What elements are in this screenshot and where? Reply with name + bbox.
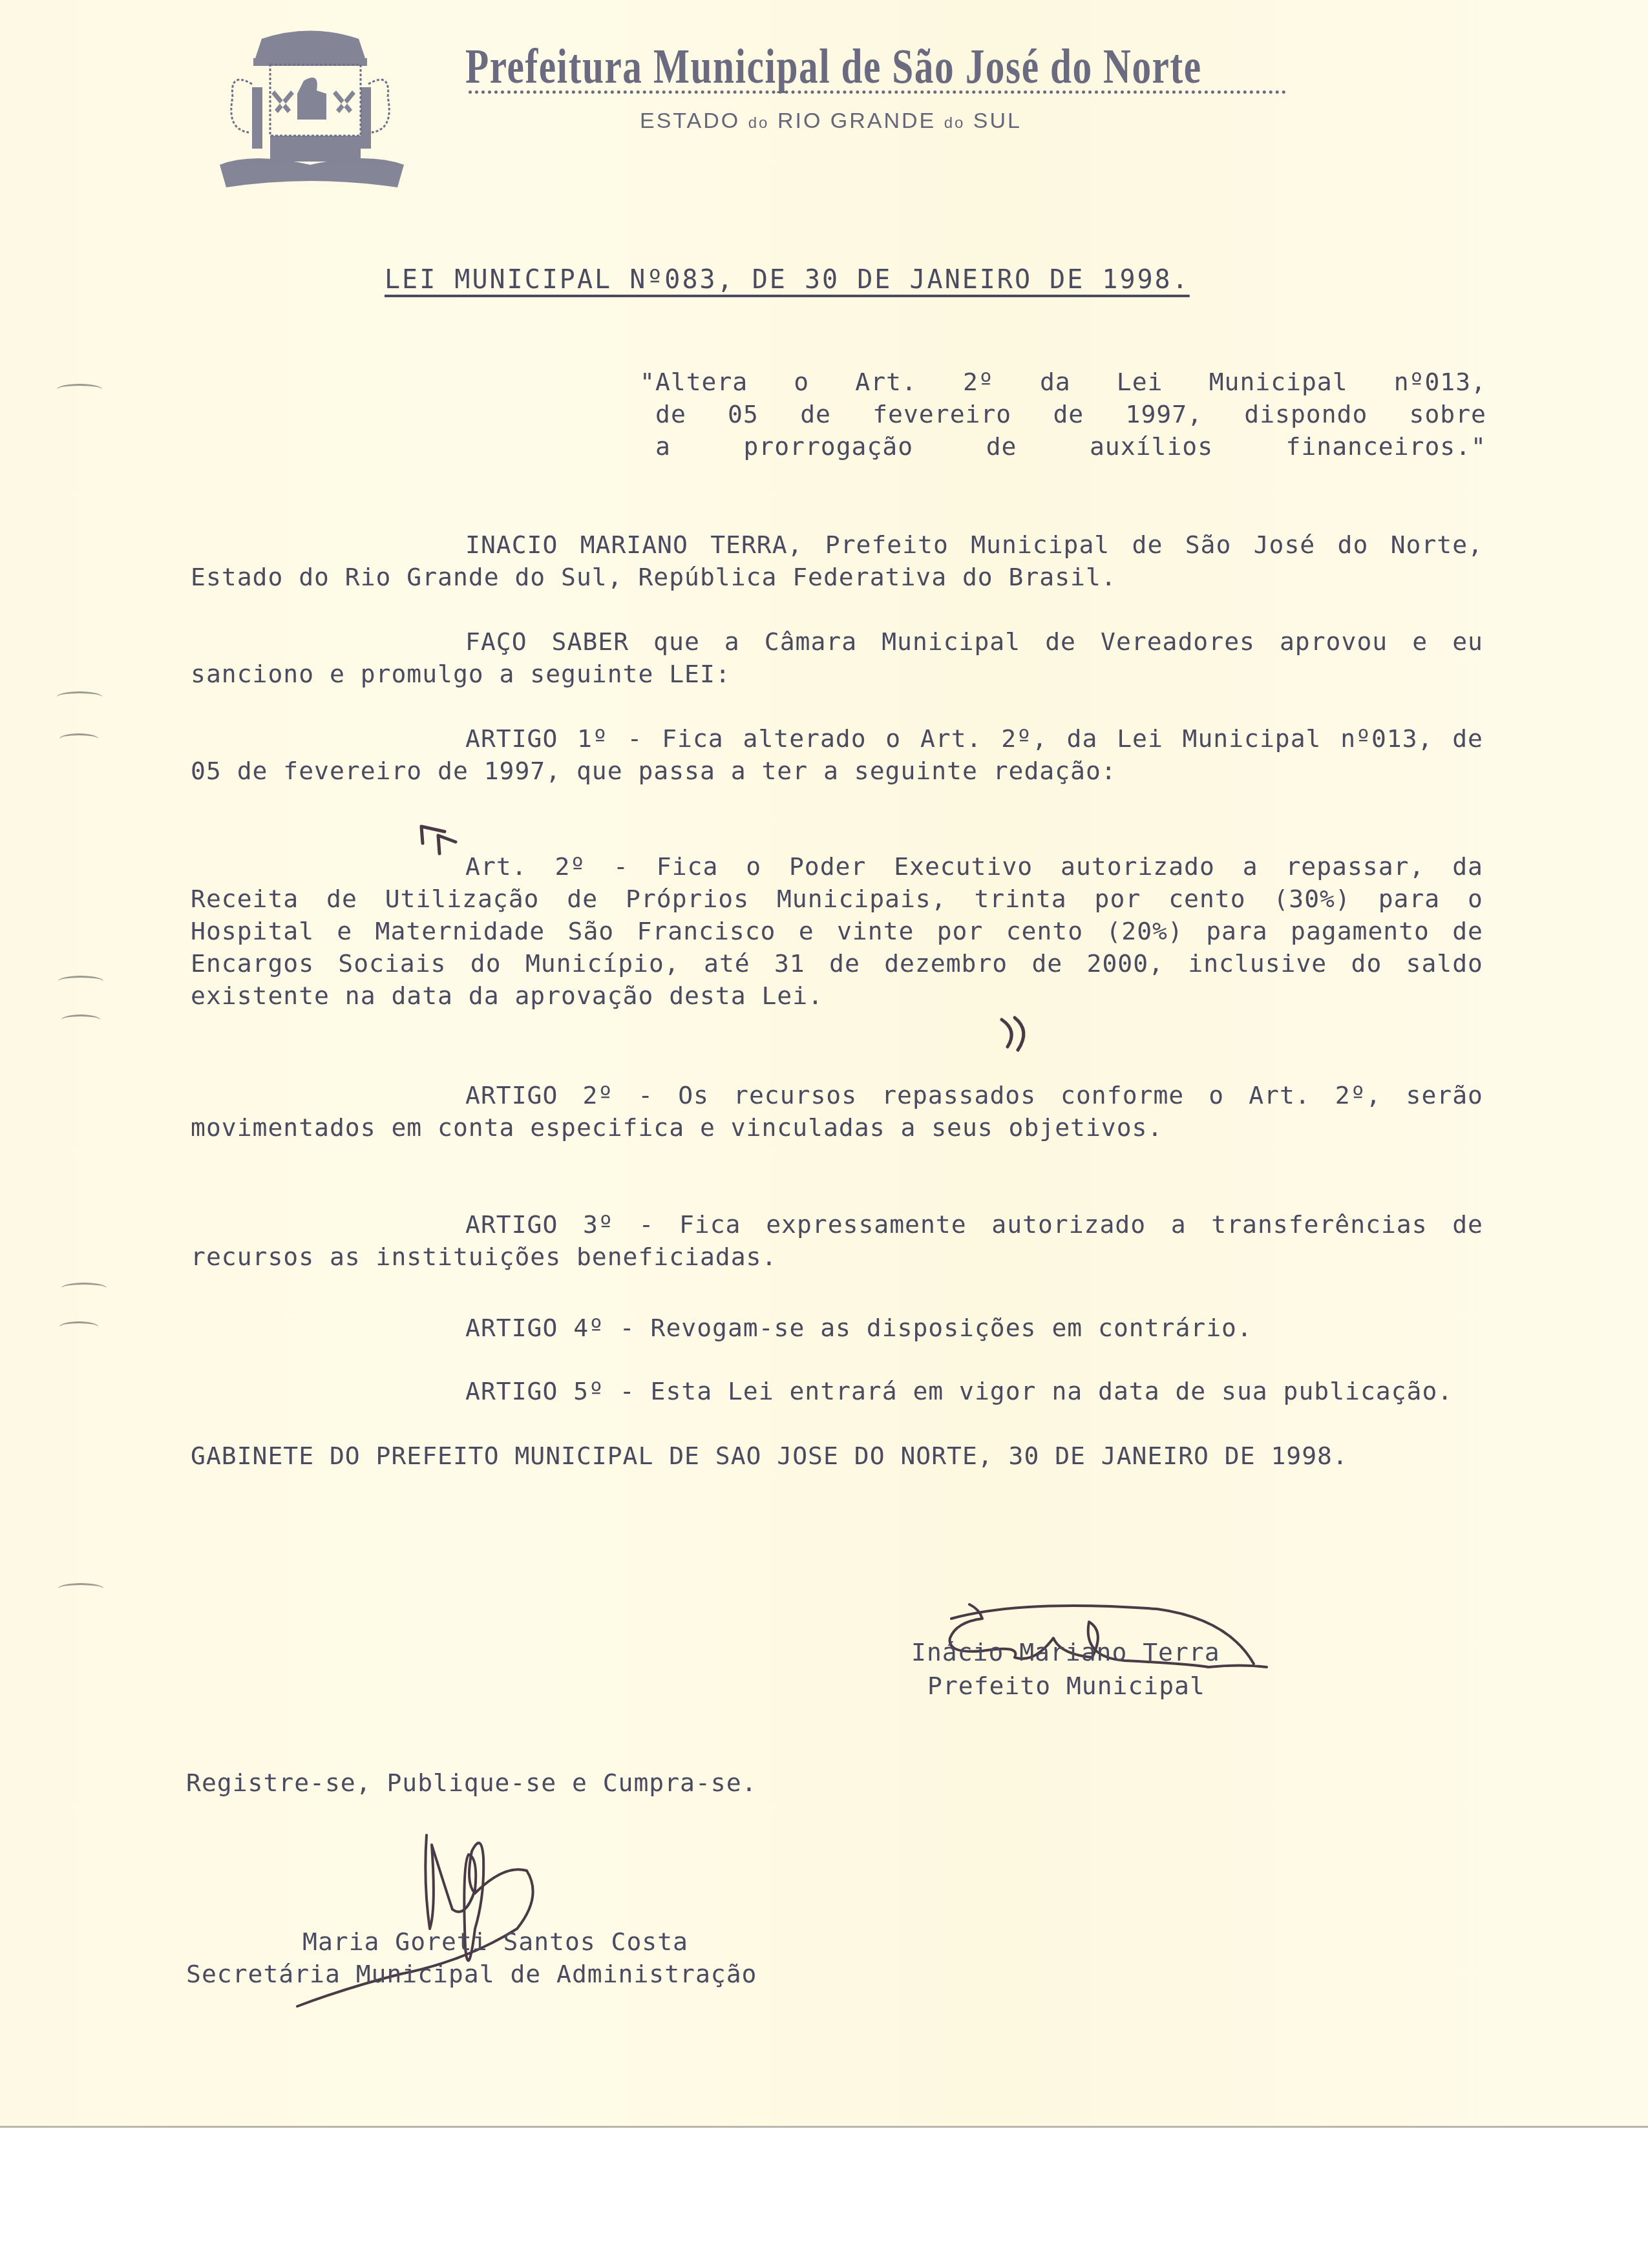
publication-order: Registre-se, Publique-se e Cumpra-se. — [186, 1767, 757, 1799]
letterhead-subtitle: ESTADO do RIO GRANDE do SUL — [640, 109, 1022, 134]
enactment-paragraph: FAÇO SABER que a Câmara Municipal de Ver… — [191, 625, 1483, 690]
article-label: ARTIGO 1º — [465, 724, 608, 753]
document-page: Prefeitura Municipal de São José do Nort… — [0, 0, 1648, 2128]
punch-hole-mark — [61, 1283, 107, 1294]
punch-hole-mark — [58, 976, 103, 987]
article-label: ARTIGO 3º — [465, 1210, 614, 1239]
law-title: LEI MUNICIPAL Nº083, DE 30 DE JANEIRO DE… — [385, 264, 1190, 296]
article-3: ARTIGO 3º - Fica expressamente autorizad… — [191, 1208, 1483, 1273]
article-label: ARTIGO 5º — [465, 1377, 604, 1405]
punch-hole-mark — [57, 691, 102, 702]
summary-line: de 05 de fevereiro de 1997, dispondo sob… — [640, 398, 1486, 430]
article-4: ARTIGO 4º - Revogam-se as disposições em… — [191, 1312, 1483, 1344]
punch-hole-mark — [59, 1321, 98, 1332]
law-summary: "Altera o Art. 2º da Lei Municipal nº013… — [640, 366, 1486, 463]
preamble-paragraph: INACIO MARIANO TERRA, Prefeito Municipal… — [191, 529, 1483, 593]
mayor-name: Inácio Mariano Terra — [911, 1636, 1220, 1668]
handwritten-close-quote-mark — [998, 1014, 1037, 1053]
secretary-role: Secretária Municipal de Administração — [186, 1958, 757, 1990]
letterhead-rule — [469, 90, 1286, 94]
punch-hole-mark — [57, 384, 102, 395]
punch-hole-mark — [58, 1583, 103, 1594]
letterhead-title: Prefeitura Municipal de São José do Nort… — [465, 39, 1110, 95]
punch-hole-mark — [61, 1014, 100, 1025]
article-1: ARTIGO 1º - Fica alterado o Art. 2º, da … — [191, 722, 1483, 787]
mayor-role: Prefeito Municipal — [927, 1670, 1205, 1702]
closing-paragraph: GABINETE DO PREFEITO MUNICIPAL DE SAO JO… — [191, 1440, 1483, 1472]
municipal-coat-of-arms-icon — [213, 19, 407, 194]
article-1-quoted-art-2: Art. 2º - Fica o Poder Executivo autoriz… — [191, 850, 1483, 1012]
article-label: ARTIGO 2º — [465, 1081, 613, 1109]
article-label: ARTIGO 4º — [465, 1314, 604, 1342]
article-5: ARTIGO 5º - Esta Lei entrará em vigor na… — [191, 1375, 1483, 1407]
punch-hole-mark — [59, 733, 98, 744]
summary-line: a prorrogação de auxílios financeiros." — [640, 430, 1486, 463]
article-label: Art. 2º — [465, 852, 586, 881]
article-2: ARTIGO 2º - Os recursos repassados confo… — [191, 1079, 1483, 1144]
summary-line: "Altera o Art. 2º da Lei Municipal nº013… — [640, 366, 1486, 398]
secretary-name: Maria Goreti Santos Costa — [302, 1926, 688, 1958]
